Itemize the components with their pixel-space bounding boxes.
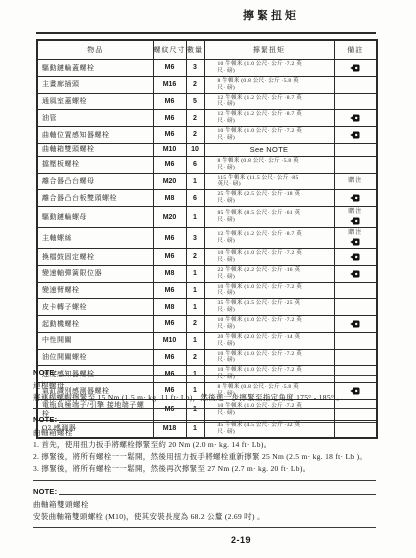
table-row: 變速臂螺栓 M6 1 10 牛頓米 (1.0 公尺· 公斤 ·7.2 英尺· 磅…: [37, 282, 377, 299]
thread-size: M6: [153, 60, 186, 77]
note-heading: 曲軸箱螺栓: [33, 427, 376, 438]
item-name: 曲軸位置感知器螺栓: [37, 127, 153, 144]
quantity: 1: [186, 282, 204, 299]
note-header: NOTE:: [33, 487, 376, 496]
torque-spec: 25 牛頓米 (2.5 公尺· 公斤 ·18 英尺· 磅): [204, 190, 334, 207]
item-name: 油位開關螺栓: [37, 349, 153, 366]
table-row: 曲軸位置感知器螺栓 M6 2 10 牛頓米 (1.0 公尺· 公斤 ·7.2 英…: [37, 127, 377, 144]
manual-page: 擰緊扭矩 物品 螺紋尺寸 數量 擰緊扭矩 備註 驅動鏈輪蓋螺栓 M6 3 10 …: [0, 0, 416, 558]
torque-spec: 10 牛頓米 (1.0 公尺· 公斤 ·7.2 英尺· 磅): [204, 316, 334, 333]
quantity: 2: [186, 316, 204, 333]
remark-cell: [334, 249, 377, 266]
item-name: 變速軸彈簧限位器: [37, 265, 153, 282]
thread-size: M8: [153, 299, 186, 316]
note-line: 3. 擰緊後，將所有螺栓一一鬆開，然後再次擰緊至 27 Nm (2.7 m· k…: [33, 464, 376, 474]
quantity: 2: [186, 110, 204, 127]
table-row: 皮卡轉子螺栓 M8 1 35 牛頓米 (3.5 公尺· 公斤 ·25 英尺· 磅…: [37, 299, 377, 316]
thread-size: M10: [153, 143, 186, 156]
quantity: 1: [186, 173, 204, 190]
thread-size: M6: [153, 93, 186, 110]
item-name: 油管: [37, 110, 153, 127]
torque-spec: 22 牛頓米 (2.2 公尺· 公斤 ·16 英尺· 磅): [204, 265, 334, 282]
note-line: 2. 擰緊後，將所有螺栓一一鬆開，然後用扭力扳手將螺栓重新擰緊 25 Nm (2…: [33, 452, 376, 462]
torque-spec: 12 牛頓米 (1.2 公尺· 公斤 ·8.7 英尺· 磅): [204, 110, 334, 127]
remark-cell: 賭注: [334, 173, 377, 190]
quantity: 10: [186, 143, 204, 156]
thread-size: M6: [153, 249, 186, 266]
table-row: 驅動鏈輪螺母 M20 1 85 牛頓米 (8.5 公尺· 公斤 ·61 英尺· …: [37, 207, 377, 228]
thread-size: M20: [153, 173, 186, 190]
note-label: NOTE:: [33, 415, 57, 424]
note-divider: [33, 408, 376, 409]
item-name: 驅動鏈輪螺母: [37, 207, 153, 228]
remark-cell: [334, 349, 377, 366]
oil-can-icon: [350, 320, 360, 328]
remark-label: 賭注: [348, 178, 362, 185]
oil-can-icon: [350, 253, 360, 261]
table-row: 變速軸彈簧限位器 M8 1 22 牛頓米 (2.2 公尺· 公斤 ·16 英尺·…: [37, 265, 377, 282]
note-heading: 曲軸箱雙頭螺栓: [33, 499, 376, 510]
table-row: 曲軸箱雙頭螺栓 M10 10 See NOTE: [37, 143, 377, 156]
quantity: 2: [186, 76, 204, 93]
remark-label: 賭注: [348, 230, 362, 237]
remark-stack: 賭注: [335, 230, 377, 246]
remark-cell: 賭注: [334, 228, 377, 249]
note-line: 安裝曲軸箱雙頭螺栓 (M10)，使其安裝長度為 68.2 公釐 (2.69 吋)…: [33, 512, 376, 522]
torque-spec: 10 牛頓米 (1.0 公尺· 公斤 ·7.2 英尺· 磅): [204, 127, 334, 144]
torque-spec: 8 牛頓米 (0.8 公尺· 公斤 ·5.8 英尺· 磅): [204, 76, 334, 93]
quantity: 2: [186, 127, 204, 144]
item-name: 擋壓板螺栓: [37, 156, 153, 173]
thread-size: M6: [153, 228, 186, 249]
quantity: 6: [186, 190, 204, 207]
thread-size: M8: [153, 190, 186, 207]
thread-size: M20: [153, 207, 186, 228]
remark-cell: [334, 110, 377, 127]
remark-stack: [335, 64, 377, 72]
note-label: NOTE:: [33, 487, 57, 496]
torque-spec: 10 牛頓米 (1.0 公尺· 公斤 ·7.2 英尺· 磅): [204, 60, 334, 77]
torque-spec: 8 牛頓米 (0.8 公尺· 公斤 ·5.8 英尺· 磅): [204, 156, 334, 173]
torque-spec: 12 牛頓米 (1.2 公尺· 公斤 ·8.7 英尺· 磅): [204, 93, 334, 110]
note-divider: [33, 480, 376, 481]
note-heading: 連桿螺母: [33, 380, 376, 391]
remark-cell: [334, 143, 377, 156]
table-row: 通風室蓋螺栓 M6 5 12 牛頓米 (1.2 公尺· 公斤 ·8.7 英尺· …: [37, 93, 377, 110]
remark-label: 賭注: [348, 209, 362, 216]
item-name: 曲軸箱雙頭螺栓: [37, 143, 153, 156]
col-header-thread-size: 螺紋尺寸: [153, 40, 186, 60]
torque-spec: 20 牛頓米 (2.0 公尺· 公斤 ·14 英尺· 磅): [204, 332, 334, 349]
remark-cell: [334, 282, 377, 299]
torque-spec: 10 牛頓米 (1.0 公尺· 公斤 ·7.2 英尺· 磅): [204, 282, 334, 299]
remark-stack: [335, 194, 377, 202]
torque-spec: 10 牛頓米 (1.0 公尺· 公斤 ·7.2 英尺· 磅): [204, 249, 334, 266]
thread-size: M6: [153, 349, 186, 366]
thread-size: M6: [153, 127, 186, 144]
remark-cell: [334, 190, 377, 207]
torque-spec: 85 牛頓米 (8.5 公尺· 公斤 ·61 英尺· 磅): [204, 207, 334, 228]
remark-cell: [334, 299, 377, 316]
oil-can-icon: [350, 64, 360, 72]
note-block-crankcase-stud: NOTE: 曲軸箱雙頭螺栓 安裝曲軸箱雙頭螺栓 (M10)，使其安裝長度為 68…: [33, 487, 376, 528]
note-block-connecting-rod: NOTE: 連桿螺母 將連桿螺帽擰緊至 15 Nm (1.5 m· kg. 11…: [33, 368, 376, 409]
oil-can-icon: [350, 114, 360, 122]
item-name: 變速臂螺栓: [37, 282, 153, 299]
oil-can-icon: [350, 238, 360, 246]
torque-spec: See NOTE: [204, 143, 334, 156]
remark-cell: [334, 127, 377, 144]
table-header-row: 物品 螺紋尺寸 數量 擰緊扭矩 備註: [37, 40, 377, 60]
col-header-item: 物品: [37, 40, 153, 60]
quantity: 5: [186, 93, 204, 110]
oil-can-icon: [350, 270, 360, 278]
remark-cell: [334, 93, 377, 110]
table-row: 離合器凸台螺母 M20 1 115 牛頓米 (11.5 公尺· 公斤 ·85 英…: [37, 173, 377, 190]
torque-spec: 10 牛頓米 (1.0 公尺· 公斤 ·7.2 英尺· 磅): [204, 349, 334, 366]
quantity: 2: [186, 249, 204, 266]
table-row: 離合器凸台板雙頭螺栓 M8 6 25 牛頓米 (2.5 公尺· 公斤 ·18 英…: [37, 190, 377, 207]
oil-can-icon: [350, 131, 360, 139]
quantity: 3: [186, 228, 204, 249]
item-name: 主畫廊插頭: [37, 76, 153, 93]
page-title: 擰緊扭矩: [243, 7, 299, 23]
item-name: 主軸螺絲: [37, 228, 153, 249]
thread-size: M10: [153, 332, 186, 349]
remark-stack: [335, 320, 377, 328]
remark-stack: [335, 114, 377, 122]
thread-size: M6: [153, 110, 186, 127]
remark-cell: [334, 60, 377, 77]
item-name: 離合器凸台板雙頭螺栓: [37, 190, 153, 207]
note-header-rule: [59, 375, 376, 376]
oil-can-icon: [350, 194, 360, 202]
item-name: 通風室蓋螺栓: [37, 93, 153, 110]
item-name: 離合器凸台螺母: [37, 173, 153, 190]
remark-stack: 賭注: [335, 209, 377, 225]
thread-size: M16: [153, 76, 186, 93]
oil-can-icon: [350, 217, 360, 225]
item-name: 驅動鏈輪蓋螺栓: [37, 60, 153, 77]
page-number: 2-19: [231, 535, 251, 545]
table-row: 擋壓板螺栓 M6 6 8 牛頓米 (0.8 公尺· 公斤 ·5.8 英尺· 磅): [37, 156, 377, 173]
remark-cell: [334, 316, 377, 333]
note-block-crankcase-bolt: NOTE: 曲軸箱螺栓 1. 首先，使用扭力扳手將螺栓擰緊至約 20 Nm (2…: [33, 415, 376, 480]
remark-cell: [334, 332, 377, 349]
note-header: NOTE:: [33, 368, 376, 377]
quantity: 2: [186, 349, 204, 366]
note-line: 1. 首先，使用扭力扳手將螺栓擰緊至約 20 Nm (2.0 m· kg. 14…: [33, 440, 376, 450]
torque-spec: 115 牛頓米 (11.5 公尺· 公斤 ·85 英尺· 磅): [204, 173, 334, 190]
table-row: 主畫廊插頭 M16 2 8 牛頓米 (0.8 公尺· 公斤 ·5.8 英尺· 磅…: [37, 76, 377, 93]
table-row: 起動機螺栓 M6 2 10 牛頓米 (1.0 公尺· 公斤 ·7.2 英尺· 磅…: [37, 316, 377, 333]
item-name: 皮卡轉子螺栓: [37, 299, 153, 316]
col-header-remarks: 備註: [334, 40, 377, 60]
note-header-rule: [59, 422, 376, 423]
torque-spec: 35 牛頓米 (3.5 公尺· 公斤 ·25 英尺· 磅): [204, 299, 334, 316]
remark-stack: 賭注: [335, 178, 377, 185]
quantity: 1: [186, 207, 204, 228]
note-header-rule: [59, 494, 376, 495]
quantity: 1: [186, 265, 204, 282]
thread-size: M6: [153, 156, 186, 173]
remark-cell: [334, 156, 377, 173]
item-name: 換檔鼓固定螺栓: [37, 249, 153, 266]
table-row: 換檔鼓固定螺栓 M6 2 10 牛頓米 (1.0 公尺· 公斤 ·7.2 英尺·…: [37, 249, 377, 266]
col-header-quantity: 數量: [186, 40, 204, 60]
note-header: NOTE:: [33, 415, 376, 424]
table-row: 驅動鏈輪蓋螺栓 M6 3 10 牛頓米 (1.0 公尺· 公斤 ·7.2 英尺·…: [37, 60, 377, 77]
torque-spec: 12 牛頓米 (1.2 公尺· 公斤 ·8.7 英尺· 磅): [204, 228, 334, 249]
remark-stack: [335, 253, 377, 261]
table-row: 油位開關螺栓 M6 2 10 牛頓米 (1.0 公尺· 公斤 ·7.2 英尺· …: [37, 349, 377, 366]
quantity: 3: [186, 60, 204, 77]
table-row: 油管 M6 2 12 牛頓米 (1.2 公尺· 公斤 ·8.7 英尺· 磅): [37, 110, 377, 127]
thread-size: M6: [153, 282, 186, 299]
item-name: 起動機螺栓: [37, 316, 153, 333]
note-label: NOTE:: [33, 368, 57, 377]
table-row: 主軸螺絲 M6 3 12 牛頓米 (1.2 公尺· 公斤 ·8.7 英尺· 磅)…: [37, 228, 377, 249]
note-divider: [33, 527, 376, 528]
quantity: 6: [186, 156, 204, 173]
remark-cell: [334, 76, 377, 93]
remark-cell: 賭注: [334, 207, 377, 228]
table-row: 中性開關 M10 1 20 牛頓米 (2.0 公尺· 公斤 ·14 英尺· 磅): [37, 332, 377, 349]
quantity: 1: [186, 332, 204, 349]
thread-size: M8: [153, 265, 186, 282]
notes-section: NOTE: 連桿螺母 將連桿螺帽擰緊至 15 Nm (1.5 m· kg. 11…: [33, 368, 376, 534]
remark-stack: [335, 270, 377, 278]
col-header-torque: 擰緊扭矩: [204, 40, 334, 60]
quantity: 1: [186, 299, 204, 316]
thread-size: M6: [153, 316, 186, 333]
item-name: 中性開關: [37, 332, 153, 349]
remark-cell: [334, 265, 377, 282]
note-line: 將連桿螺帽擰緊至 15 Nm (1.5 m· kg. 11 ft· Lb)，然後…: [33, 393, 376, 403]
remark-stack: [335, 131, 377, 139]
title-divider: [36, 32, 376, 34]
